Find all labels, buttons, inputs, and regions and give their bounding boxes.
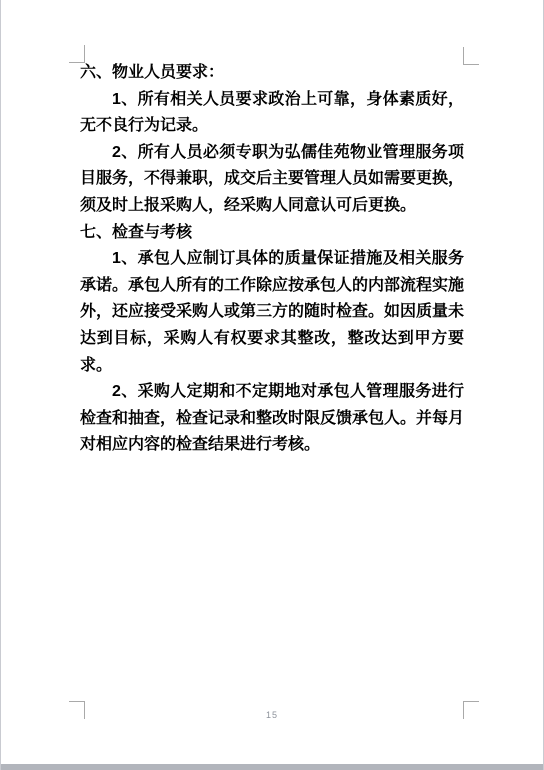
paragraph: 2、采购人定期和不定期地对承包人管理服务进行检查和抽查，检查记录和整改时限反馈承…: [80, 379, 464, 459]
paragraph: 1、承包人应制订具体的质量保证措施及相关服务承诺。承包人所有的工作除应按承包人的…: [80, 246, 464, 379]
section-heading: 七、检查与考核: [80, 220, 464, 247]
page-number: 15: [1, 710, 543, 720]
paragraph: 1、所有相关人员要求政治上可靠，身体素质好，无不良行为记录。: [80, 87, 464, 140]
margin-mark-top-right: [463, 47, 479, 65]
document-page: 六、物业人员要求：1、所有相关人员要求政治上可靠，身体素质好，无不良行为记录。2…: [0, 0, 544, 770]
paragraph: 2、所有人员必须专职为弘儒佳苑物业管理服务项目服务，不得兼职，成交后主要管理人员…: [80, 140, 464, 220]
document-content: 六、物业人员要求：1、所有相关人员要求政治上可靠，身体素质好，无不良行为记录。2…: [80, 60, 464, 459]
section-heading: 六、物业人员要求：: [80, 60, 464, 87]
page-bottom-edge: [1, 764, 543, 770]
